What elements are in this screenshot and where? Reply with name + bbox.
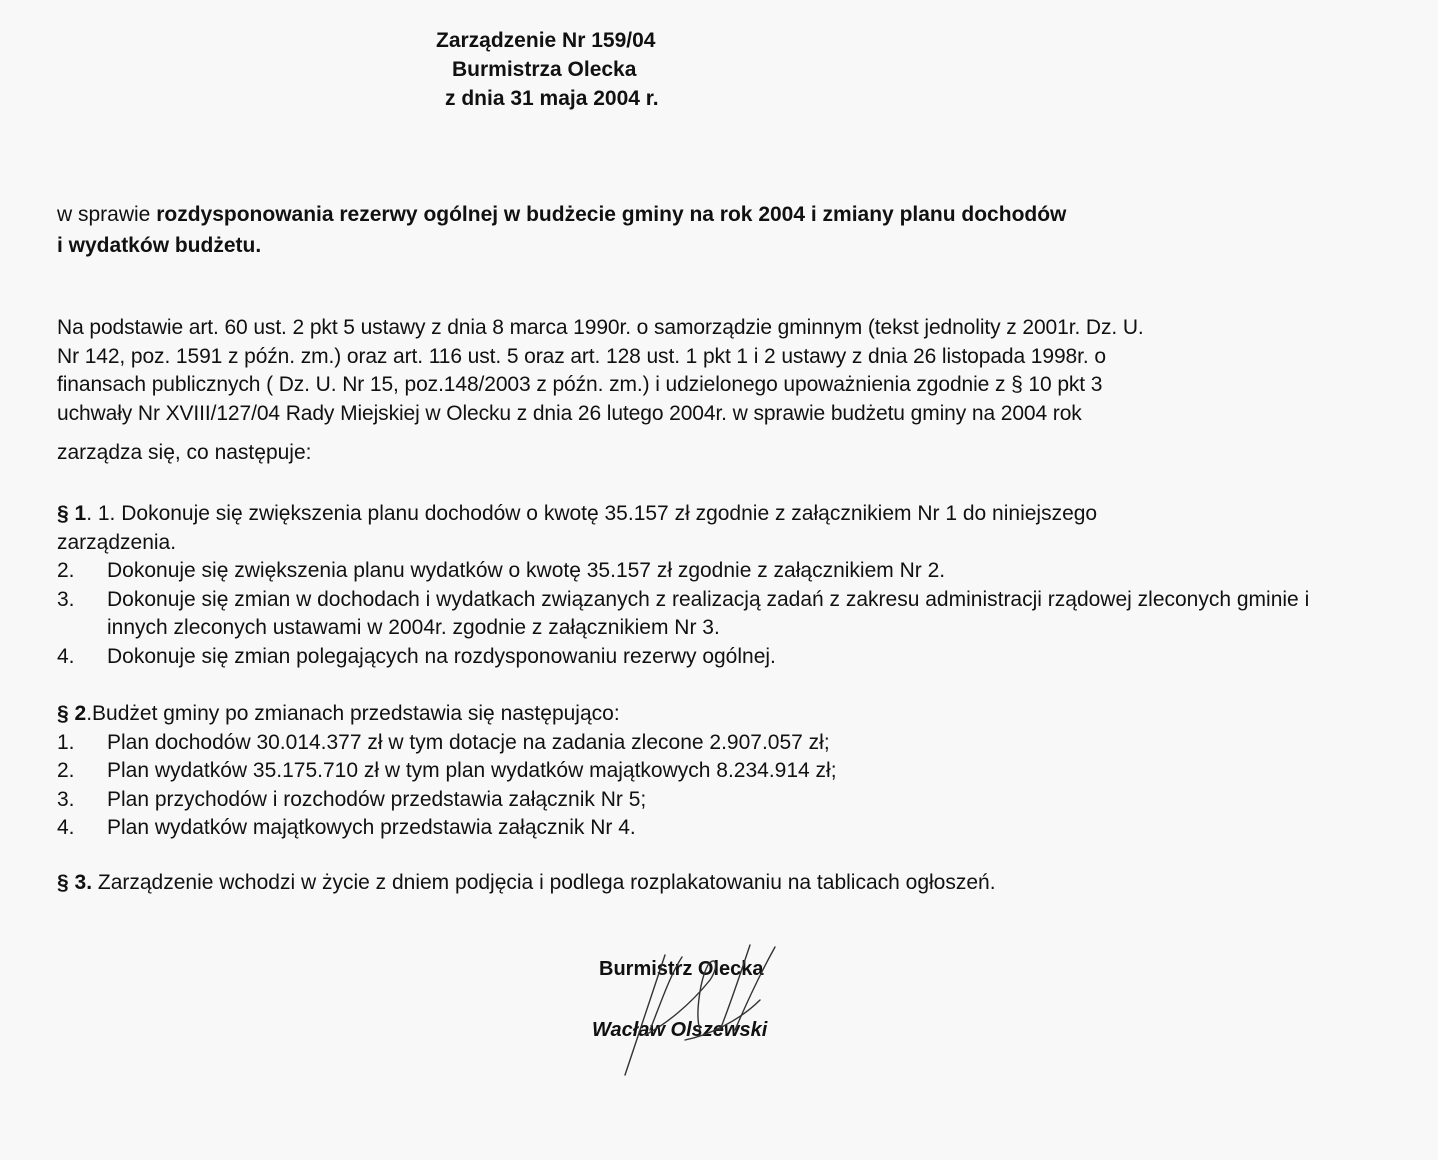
list-item-text: Dokonuje się zwiększenia planu wydatków … — [107, 557, 945, 586]
list-item-text: Plan przychodów i rozchodów przedstawia … — [107, 786, 646, 815]
list-item-text: Plan wydatków 35.175.710 zł w tym plan w… — [107, 757, 837, 786]
document-title: Zarządzenie Nr 159/04 — [436, 26, 659, 55]
legal-basis-paragraph: Na podstawie art. 60 ust. 2 pkt 5 ustawy… — [57, 314, 1397, 428]
legal-basis-line: Na podstawie art. 60 ust. 2 pkt 5 ustawy… — [57, 314, 1397, 343]
section-mark: § 3. — [57, 871, 92, 894]
list-item-number: 3. — [57, 586, 107, 643]
list-item-number: 4. — [57, 643, 107, 672]
section-3-text: Zarządzenie wchodzi w życie z dniem podj… — [92, 871, 996, 894]
document-issuer: Burmistrza Olecka — [452, 55, 659, 84]
section-1-item-1-continuation: zarządzenia. — [57, 531, 176, 554]
legal-basis-line: finansach publicznych ( Dz. U. Nr 15, po… — [57, 371, 1397, 400]
section-1-item-1-text: . 1. Dokonuje się zwiększenia planu doch… — [86, 502, 1097, 525]
section-1-item-1: § 1. 1. Dokonuje się zwiększenia planu d… — [57, 500, 1387, 557]
section-2: § 2.Budżet gminy po zmianach przedstawia… — [57, 700, 1157, 843]
subject-prefix: w sprawie — [57, 203, 156, 226]
list-item: 4. Plan wydatków majątkowych przedstawia… — [57, 814, 1157, 843]
subject-bold-line-2: i wydatków budżetu. — [57, 234, 261, 257]
list-item: 1. Plan dochodów 30.014.377 zł w tym dot… — [57, 729, 1157, 758]
signatory-name: Wacław Olszewski — [592, 1019, 767, 1042]
list-item-number: 2. — [57, 757, 107, 786]
section-2-heading: § 2.Budżet gminy po zmianach przedstawia… — [57, 700, 1157, 729]
list-item-number: 4. — [57, 814, 107, 843]
section-2-heading-text: .Budżet gminy po zmianach przedstawia si… — [86, 702, 619, 725]
list-item-text: Dokonuje się zmian w dochodach i wydatka… — [107, 586, 1347, 643]
legal-basis-line: Nr 142, poz. 1591 z późn. zm.) oraz art.… — [57, 343, 1397, 372]
document-subject: w sprawie rozdysponowania rezerwy ogólne… — [57, 199, 1387, 261]
list-item-text: Plan dochodów 30.014.377 zł w tym dotacj… — [107, 729, 830, 758]
list-item: 2. Dokonuje się zwiększenia planu wydatk… — [57, 557, 1387, 586]
document-header: Zarządzenie Nr 159/04 Burmistrza Olecka … — [436, 26, 659, 113]
ordering-clause: zarządza się, co następuje: — [57, 441, 311, 465]
subject-bold-line-1: rozdysponowania rezerwy ogólnej w budżec… — [156, 203, 1066, 226]
signature-block: Burmistrz Olecka Wacław Olszewski — [590, 955, 850, 1085]
section-mark: § 2 — [57, 702, 86, 725]
section-3: § 3. Zarządzenie wchodzi w życie z dniem… — [57, 869, 1257, 898]
list-item: 3. Plan przychodów i rozchodów przedstaw… — [57, 786, 1157, 815]
list-item-text: Dokonuje się zmian polegających na rozdy… — [107, 643, 776, 672]
list-item-number: 1. — [57, 729, 107, 758]
section-1: § 1. 1. Dokonuje się zwiększenia planu d… — [57, 500, 1387, 671]
list-item-number: 2. — [57, 557, 107, 586]
list-item: 2. Plan wydatków 35.175.710 zł w tym pla… — [57, 757, 1157, 786]
list-item-text: Plan wydatków majątkowych przedstawia za… — [107, 814, 636, 843]
list-item: 3. Dokonuje się zmian w dochodach i wyda… — [57, 586, 1387, 643]
legal-basis-line: uchwały Nr XVIII/127/04 Rady Miejskiej w… — [57, 400, 1397, 429]
list-item: 4. Dokonuje się zmian polegających na ro… — [57, 643, 1387, 672]
signatory-title: Burmistrz Olecka — [599, 958, 764, 981]
section-mark: § 1 — [57, 502, 86, 525]
document-date: z dnia 31 maja 2004 r. — [445, 84, 659, 113]
list-item-number: 3. — [57, 786, 107, 815]
